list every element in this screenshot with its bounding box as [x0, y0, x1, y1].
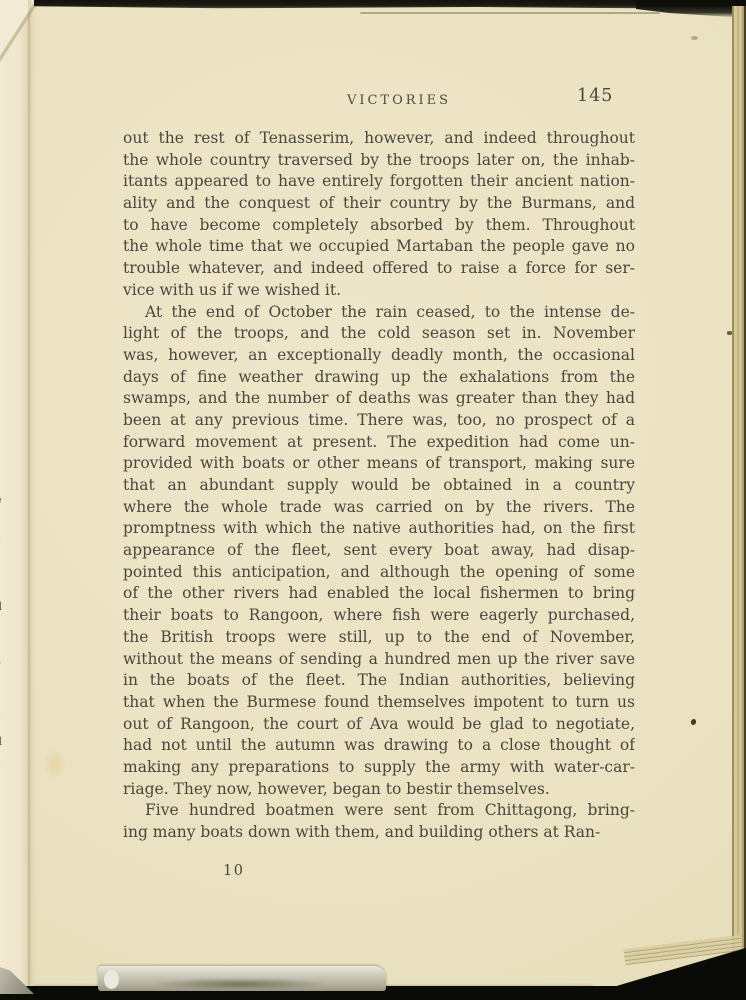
running-title: VICTORIES: [123, 93, 635, 108]
left-edge-fragment: e: [0, 494, 2, 505]
paragraph: out the rest of Tenasserim, however, and…: [123, 128, 635, 302]
text-line: trouble whatever, and indeed offered to …: [123, 258, 635, 280]
text-line: in the boats of the fleet. The Indian au…: [123, 670, 635, 692]
left-edge-fragment: s: [0, 534, 1, 545]
text-line: their boats to Rangoon, where fish were …: [123, 605, 635, 627]
paper-stain: [38, 742, 72, 786]
paragraph: Five hundred boatmen were sent from Chit…: [123, 800, 635, 843]
text-line: vice with us if we wished it.: [123, 280, 635, 302]
text-line: had not until the autumn was drawing to …: [123, 735, 635, 757]
cradle-knob: [104, 970, 119, 989]
text-line: out of Rangoon, the court of Ava would b…: [123, 714, 635, 736]
text-line: to have become completely absorbed by th…: [123, 215, 635, 237]
page-number: 145: [577, 86, 613, 106]
book-page-photo: : e s - d t r : s d s VICTORIES 145 out …: [0, 0, 746, 1000]
text-line: the whole time that we occupied Martaban…: [123, 236, 635, 258]
edge-speck: [727, 331, 732, 335]
text-line: swamps, and the number of deaths was gre…: [123, 388, 635, 410]
left-edge-fragment: s: [0, 757, 1, 768]
text-line: been at any previous time. There was, to…: [123, 410, 635, 432]
text-line: promptness with which the native authori…: [123, 518, 635, 540]
text-line: the British troops were still, up to the…: [123, 627, 635, 649]
text-line: provided with boats or other means of tr…: [123, 453, 635, 475]
paragraph: At the end of October the rain ceased, t…: [123, 302, 635, 801]
book-fore-edge: [732, 6, 746, 974]
text-line: out the rest of Tenasserim, however, and…: [123, 128, 635, 150]
left-edge-fragment: d: [0, 736, 2, 747]
paper-speck: [691, 36, 698, 40]
text-line: itants appeared to have entirely forgott…: [123, 171, 635, 193]
text-line: was, however, an exceptionally deadly mo…: [123, 345, 635, 367]
text-line: days of fine weather drawing up the exha…: [123, 367, 635, 389]
signature-mark: 10: [123, 861, 635, 883]
text-line: of the other rivers had enabled the loca…: [123, 583, 635, 605]
text-line: that an abundant supply would be obtaine…: [123, 475, 635, 497]
text-line: without the means of sending a hundred m…: [123, 649, 635, 671]
gutter-strip: [0, 0, 30, 988]
text-line: forward movement at present. The expedit…: [123, 432, 635, 454]
text-line: Five hundred boatmen were sent from Chit…: [123, 800, 635, 822]
text-line: making any preparations to supply the ar…: [123, 757, 635, 779]
text-line: where the whole trade was carried on by …: [123, 497, 635, 519]
left-edge-fragment: d: [0, 601, 2, 612]
text-line: light of the troops, and the cold season…: [123, 323, 635, 345]
text-line: appearance of the fleet, sent every boat…: [123, 540, 635, 562]
text-line: the whole country traversed by the troop…: [123, 150, 635, 172]
body-text: out the rest of Tenasserim, however, and…: [123, 128, 635, 882]
left-edge-fragment: s: [0, 712, 1, 723]
gutter-crease-shadow: [28, 0, 37, 988]
text-line: riage. They now, however, began to besti…: [123, 779, 635, 801]
text-line: ing many boats down with them, and build…: [123, 822, 635, 844]
text-line: At the end of October the rain ceased, t…: [123, 302, 635, 324]
text-line: that when the Burmese found themselves i…: [123, 692, 635, 714]
text-line: ality and the conquest of their country …: [123, 193, 635, 215]
page-top-edge-shadow: [360, 12, 660, 14]
text-line: pointed this anticipation, and although …: [123, 562, 635, 584]
cradle-smudge: [150, 978, 330, 990]
